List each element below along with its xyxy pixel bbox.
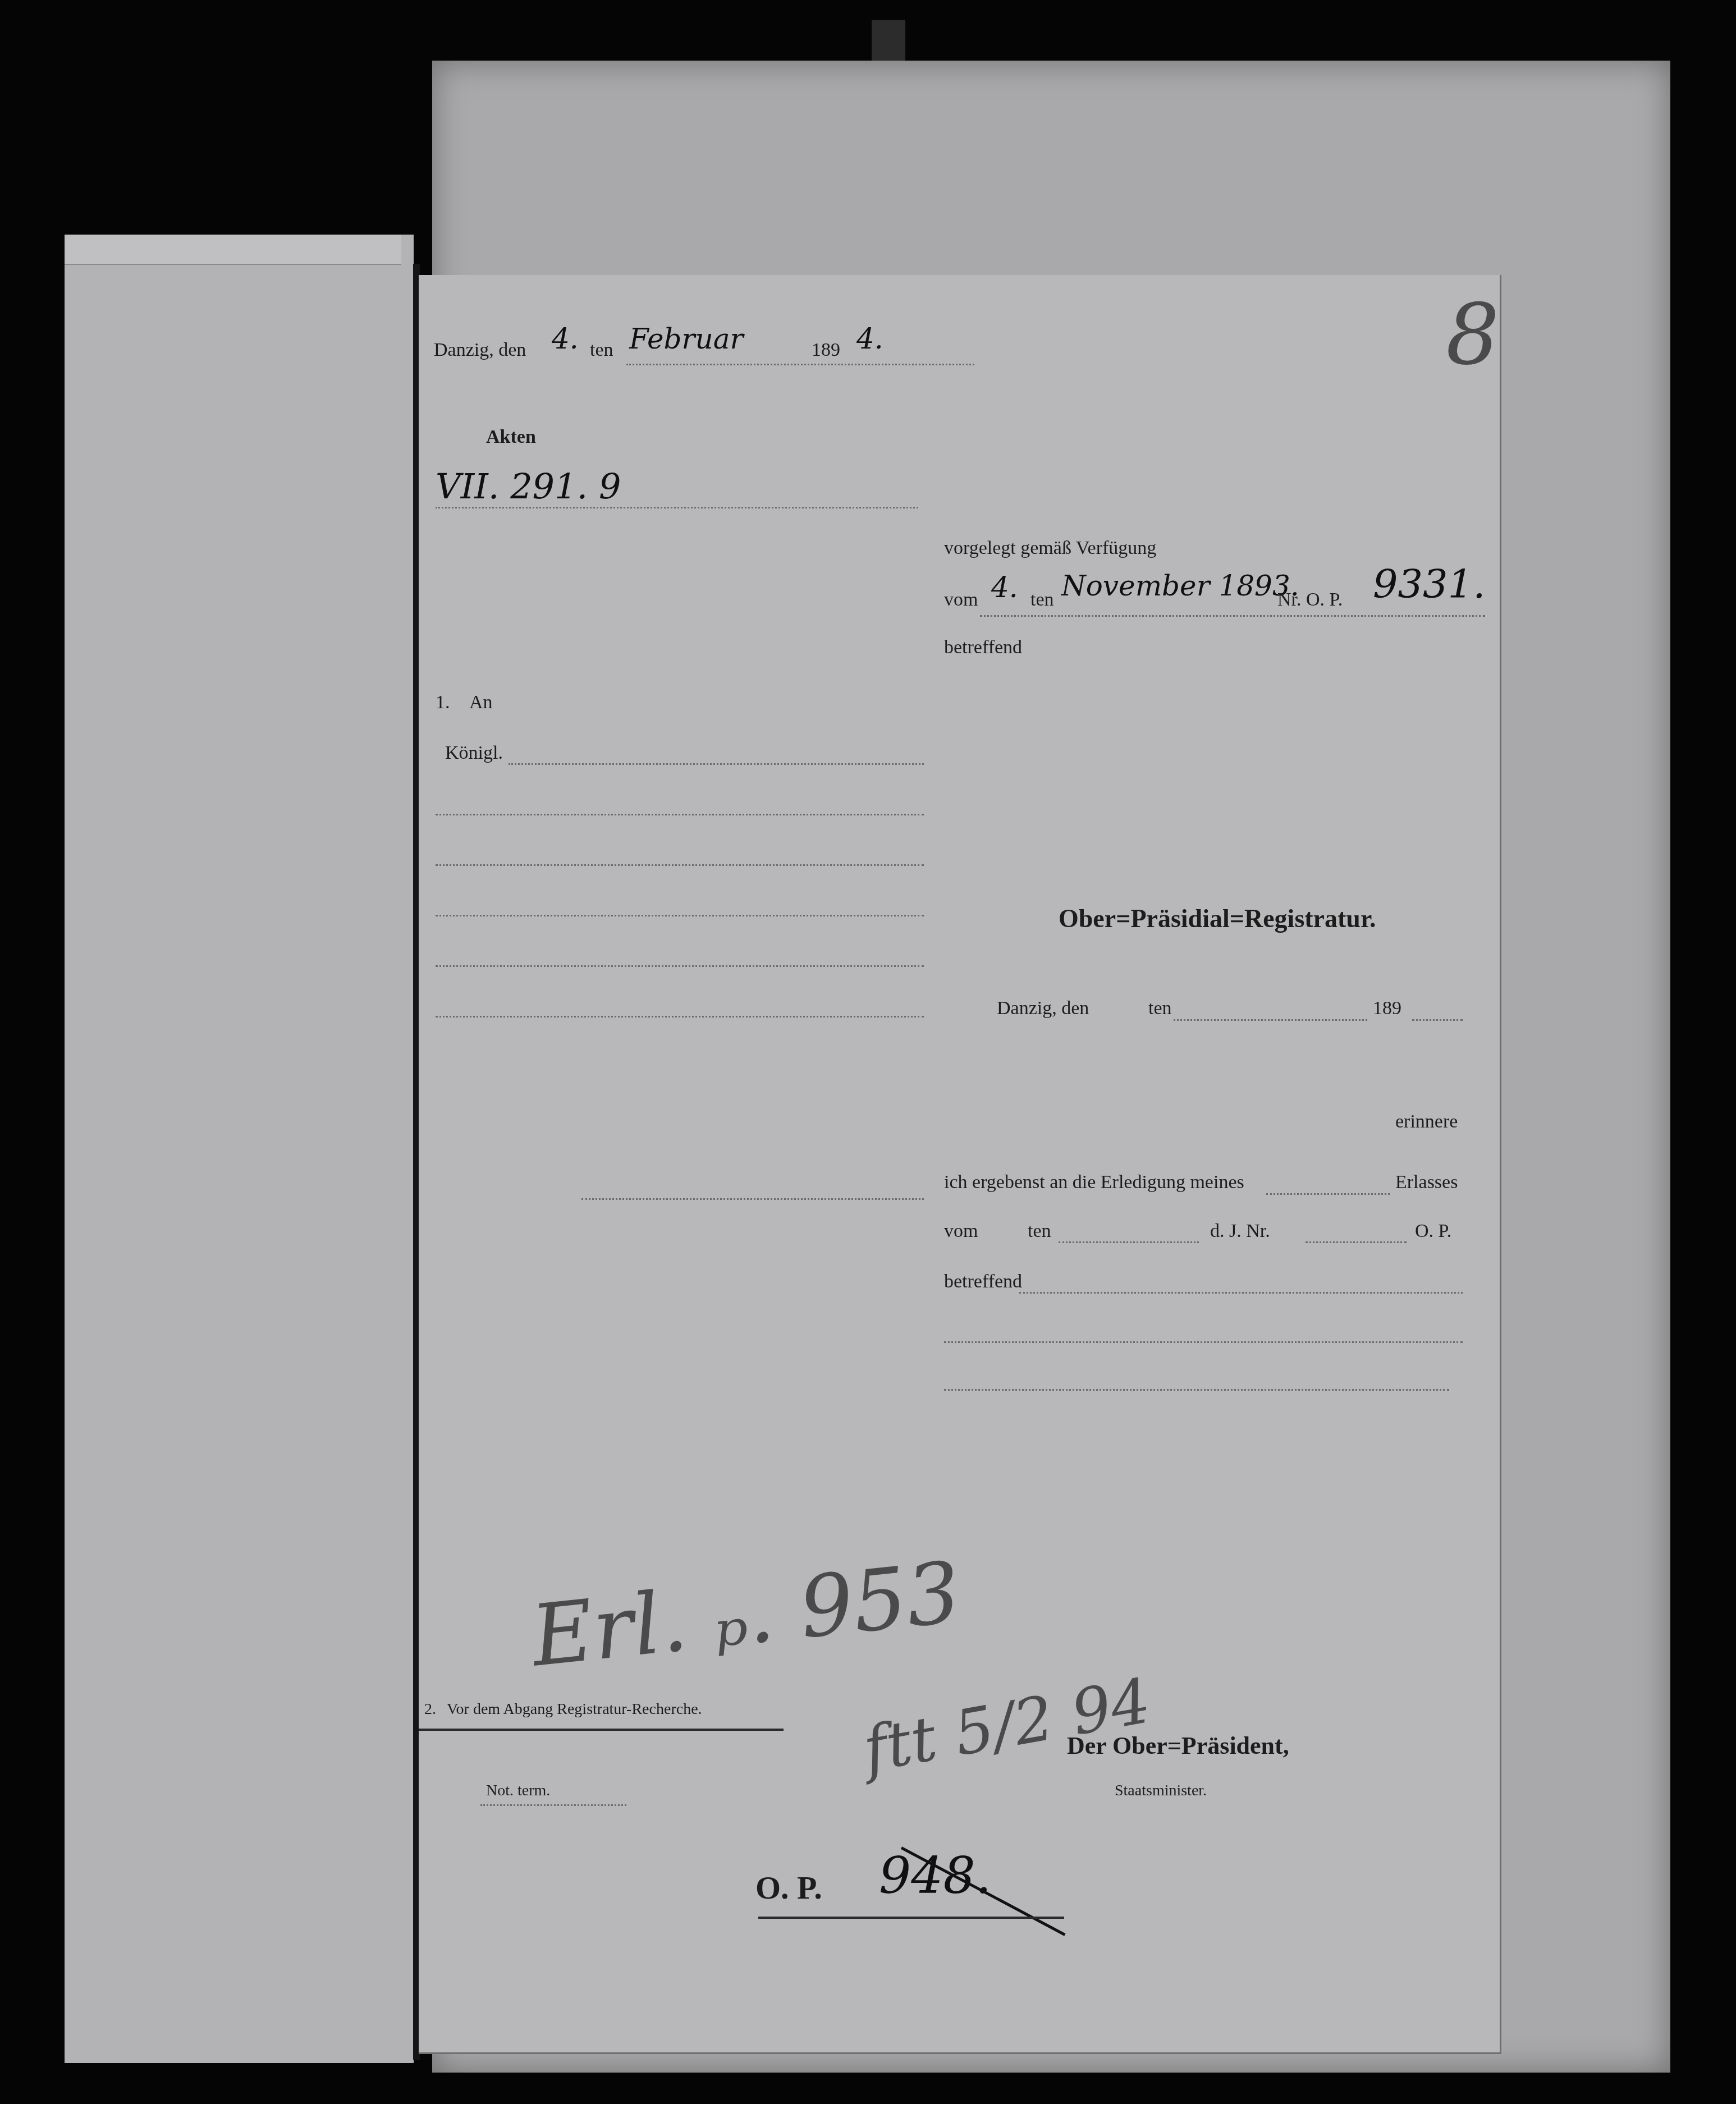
reminder-line-3 — [944, 1389, 1449, 1391]
vorgelegt-line — [980, 615, 1485, 617]
reminder-op-label: O. P. — [1415, 1221, 1451, 1242]
reminder-erlasses: Erlasses — [1395, 1172, 1458, 1193]
addressee-line-7 — [581, 1198, 924, 1200]
op-label: O. P. — [755, 1869, 822, 1906]
addressee-line-2 — [436, 814, 924, 815]
addressee-an-label: An — [469, 692, 493, 713]
addressee-item-number: 1. — [436, 692, 450, 713]
reminder-erinnere: erinnere — [1395, 1111, 1458, 1133]
reminder-line: ich ergebenst an die Erledigung meines — [944, 1172, 1244, 1193]
reminder-meines-line — [1266, 1193, 1390, 1195]
header-date-prefix: Danzig, den — [434, 340, 526, 361]
op-rule — [758, 1917, 1064, 1919]
page-number: 8 — [1446, 286, 1499, 384]
header-day: 4. — [552, 323, 579, 355]
reminder-line-2 — [944, 1341, 1463, 1343]
header-day-suffix: ten — [590, 340, 613, 361]
registratur-year-prefix: 189 — [1373, 998, 1401, 1019]
addressee-line-5 — [436, 965, 924, 967]
reminder-betreffend-label: betreffend — [944, 1271, 1022, 1292]
vorgelegt-nr-label: Nr. O. P. — [1277, 589, 1343, 611]
header-month: Februar — [629, 323, 743, 355]
footer-registratur-recherche: Vor dem Abgang Registratur-Recherche. — [447, 1700, 702, 1718]
registratur-ten-label: ten — [1148, 998, 1172, 1019]
addressee-line-1 — [509, 763, 924, 765]
registratur-date-prefix: Danzig, den — [997, 998, 1089, 1019]
vorgelegt-month-year: November 1893. — [1061, 570, 1299, 602]
footer-not-term: Not. term. — [486, 1782, 550, 1800]
signature-title: Der Ober=Präsident, — [1067, 1731, 1289, 1760]
header-year-suffix: 4. — [856, 323, 883, 355]
binder-left-tab-strip — [65, 235, 401, 265]
reminder-nr-line — [1306, 1241, 1407, 1243]
form-page: 8 Danzig, den 4. ten Februar 189 4. Akte… — [419, 275, 1501, 2054]
addressee-line-3 — [436, 864, 924, 866]
reminder-dj-nr-label: d. J. Nr. — [1210, 1221, 1270, 1242]
footer-rule — [419, 1729, 784, 1731]
header-date-line — [626, 364, 974, 365]
header-year-prefix: 189 — [812, 340, 840, 361]
vorgelegt-number: 9331. — [1373, 561, 1485, 607]
registratur-title: Ober=Präsidial=Registratur. — [1059, 904, 1376, 933]
reminder-date-line — [1059, 1241, 1199, 1243]
akten-label: Akten — [486, 427, 536, 448]
registratur-date-line — [1174, 1019, 1367, 1021]
footer-not-term-line — [480, 1804, 626, 1806]
pencil-note: Erl. ₚ. 953 — [527, 1543, 965, 1685]
op-number-struck: 948. — [879, 1846, 991, 1905]
vorgelegt-betreffend-label: betreffend — [944, 637, 1022, 658]
reminder-betreffend-line — [1019, 1292, 1463, 1294]
signature-subtitle: Staatsminister. — [1115, 1782, 1207, 1800]
akten-reference: VII. 291. 9 — [436, 466, 621, 507]
addressee-line-6 — [436, 1016, 924, 1017]
vorgelegt-ten-label: ten — [1030, 589, 1054, 611]
binder-top-tab — [872, 20, 905, 62]
vorgelegt-vom-label: vom — [944, 589, 978, 611]
akten-line — [436, 507, 918, 508]
binder-left-sheet — [65, 235, 414, 2063]
reminder-vom-label: vom — [944, 1221, 978, 1242]
pencil-initials-date: ftt 5/2 94 — [858, 1665, 1156, 1786]
reminder-ten-label: ten — [1028, 1221, 1051, 1242]
footer-item-number: 2. — [424, 1700, 436, 1718]
vorgelegt-line: vorgelegt gemäß Verfügung — [944, 538, 1156, 559]
registratur-year-line — [1412, 1019, 1463, 1021]
addressee-line-4 — [436, 915, 924, 916]
addressee-koenigl-label: Königl. — [445, 742, 503, 764]
vorgelegt-day: 4. — [991, 571, 1018, 604]
